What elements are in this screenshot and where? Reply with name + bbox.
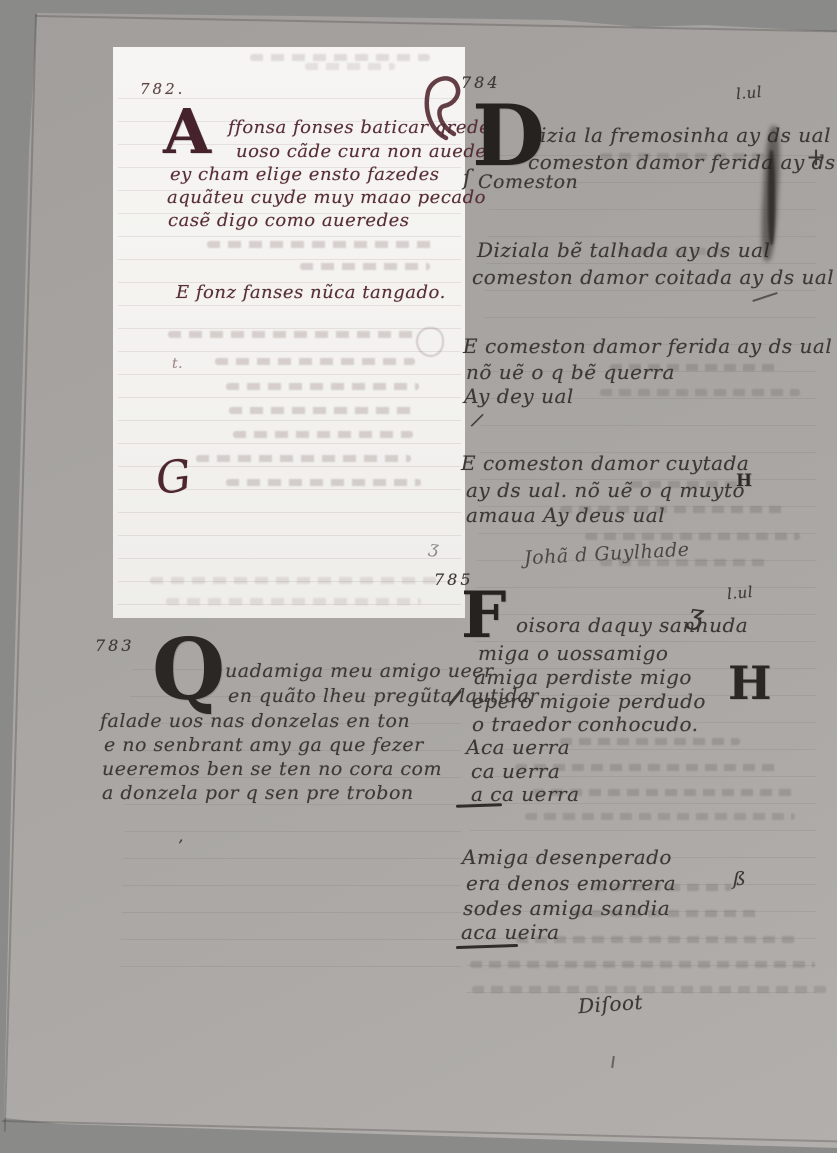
cantiga-785-line: o traedor conhocudo. [472,712,699,736]
cantiga-785-line: Aca uerra [466,735,570,759]
ghost-line [515,764,780,771]
ghost-line [600,389,800,396]
ghost-line [600,559,770,566]
cantiga-782-line: aquãteu cuyde muy maao pecado [167,187,486,208]
ghost-line [207,241,437,248]
ink-smear-core [768,150,775,245]
ghost-line [196,455,411,462]
manuscript-scan: { "folio": { "description_numbers": { "n… [0,0,837,1153]
cantiga-783-line: falade uos nas donzelas en ton [100,710,410,732]
cantiga-785-line: epero migoie perdudo [472,689,706,713]
ghost-line [592,884,732,891]
initial-a: A [163,101,212,163]
cantiga-785-line: Amiga desenperado [462,845,672,869]
cantiga-783-line: e no senbrant amy ga que fezer [104,734,424,756]
ghost-line [630,481,745,488]
cantiga-782-line: casẽ digo como aueredes [168,210,409,231]
ghost-line [150,577,440,584]
t-mark: t. [172,356,183,372]
long-s-mark: ſ [463,166,471,190]
cantiga-785-line: oisora daquy sanhuda [516,613,748,637]
cantiga-782-refrain: E fonz fanses nũca tangado. [176,282,446,303]
ghost-line [233,431,413,438]
cantiga-783-line: uadamiga meu amigo ueer [225,660,494,682]
cantiga-number-783: 783 [95,636,135,655]
ghost-line [168,331,418,338]
cantiga-785-line: era denos emorrera [466,871,676,895]
ghost-line [610,364,780,371]
cantiga-783-line: ueeremos ben se ten no cora com [102,758,442,780]
apostrophe-mark: ’ [178,836,184,855]
initial-q: Q [152,628,226,712]
ghost-line [226,383,419,390]
cantiga-782-line: ey cham elige ensto fazedes [170,164,440,185]
cantiga-784-line: Ay dey ual [464,384,574,408]
ghost-line [305,63,395,70]
cantiga-784-line: comeston damor coitada ay ds ual [472,265,834,289]
cantiga-783-line: a donzela por q sen pre trobon [102,782,414,804]
ghost-line [600,153,770,160]
ghost-line [215,358,415,365]
cantiga-784-line: Comeston [478,171,578,193]
ghost-initial-outline [416,327,444,357]
ghost-line [618,248,733,255]
margin-b-mark: ß [733,868,746,890]
ghost-line [470,961,815,968]
ghost-line [572,910,762,917]
ghost-line [250,54,430,61]
ghost-line [532,789,794,796]
ghost-line [516,936,796,943]
cantiga-784-line: E comeston damor ferida ay ds ual [463,334,832,358]
ghost-line [229,407,414,414]
margin-h-large: H [728,660,772,706]
g-pen-mark: G [153,450,195,505]
ghost-line [472,986,827,993]
cantiga-785-line: amiga perdiste migo [474,665,692,689]
ghost-line [166,598,421,605]
ghost-line [525,813,795,820]
margin-word-mid-right: l.ul [726,583,754,603]
colophon-word: Diſoot [577,990,643,1018]
cantiga-782-line: uoso cãde cura non auedes [236,141,496,162]
ghost-line [560,506,785,513]
initial-f: F [461,584,507,648]
ghost-line [585,533,800,540]
margin-word-top-right: l.ul [735,83,763,103]
ghost-line [560,738,740,745]
cantiga-785-line: ca uerra [471,759,560,783]
ghost-line [300,263,430,270]
margin-cross: + [806,143,827,171]
cantiga-784-line: izia la fremosinha ay ds ual [540,123,831,147]
cantiga-784-line: E comeston damor cuytada [461,451,749,475]
cantiga-785-line: miga o uossamigo [478,641,668,665]
ghost-line [226,479,421,486]
